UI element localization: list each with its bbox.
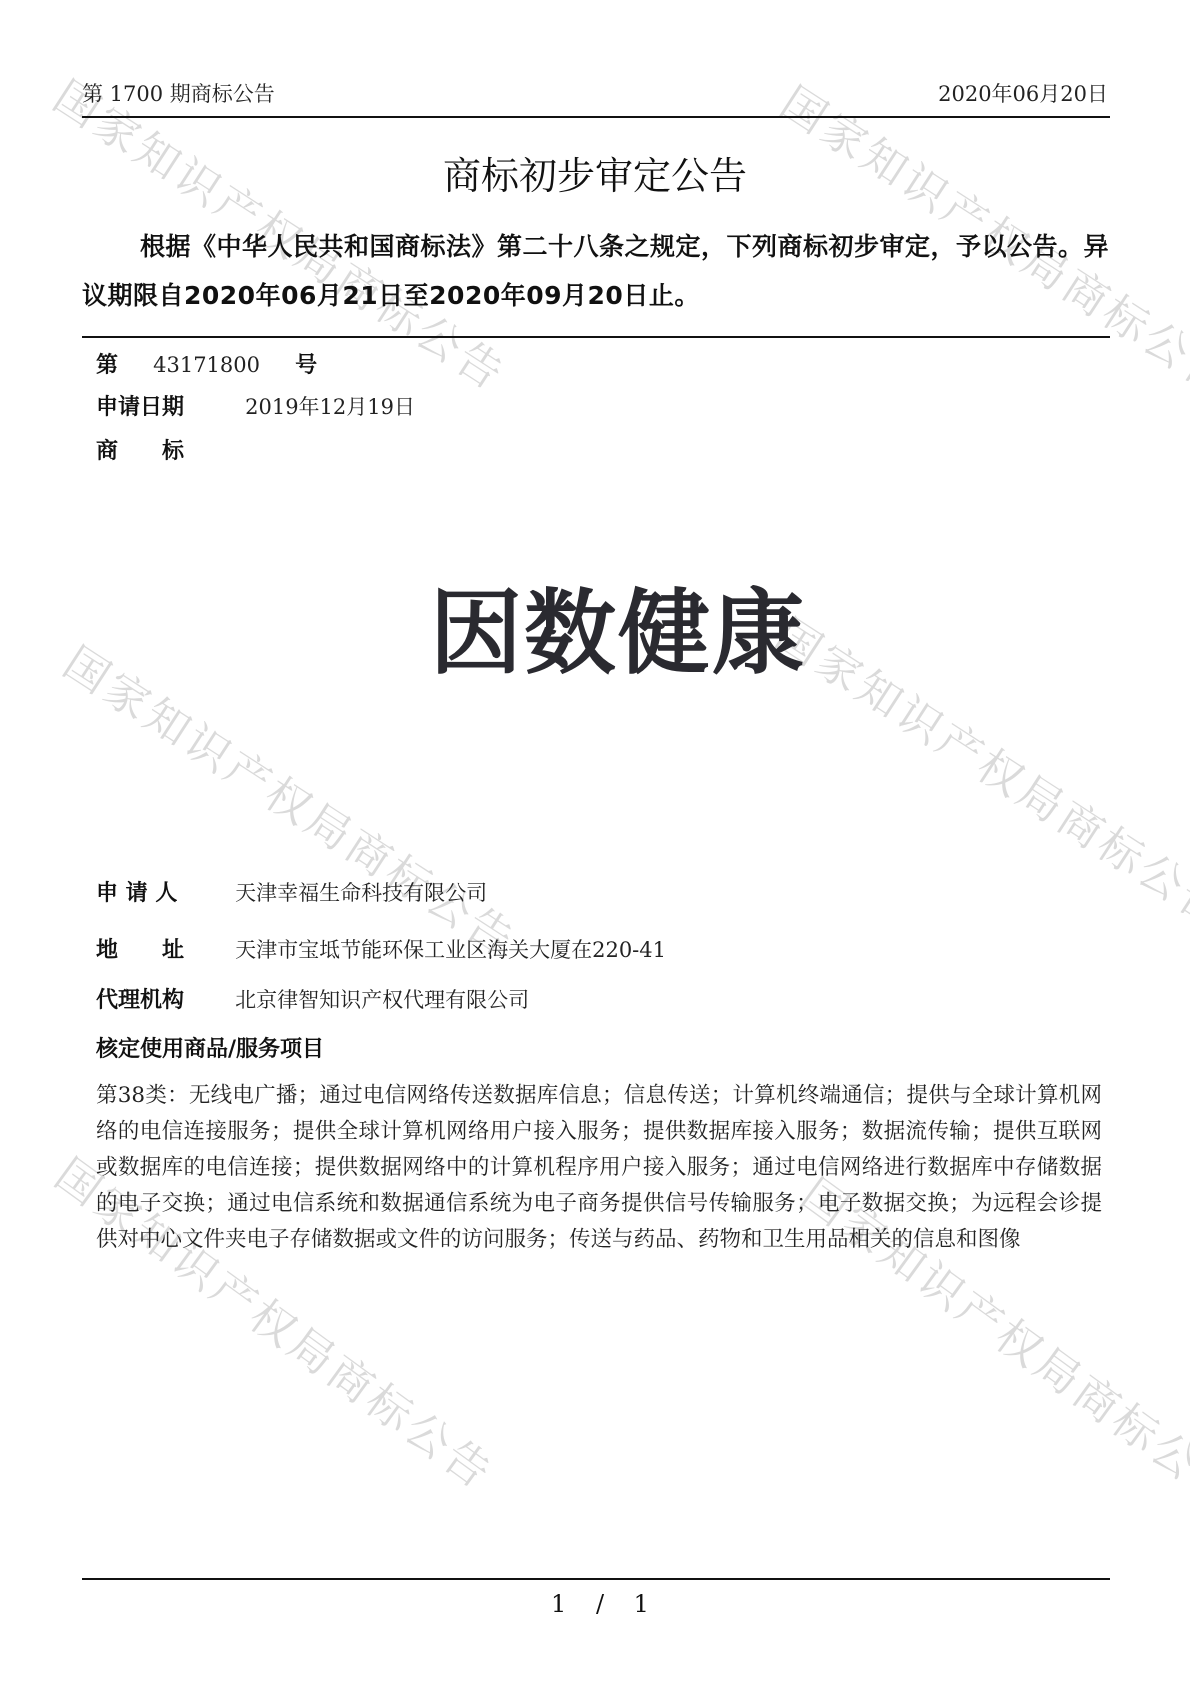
applicant-label: 申 请 人: [96, 876, 230, 907]
agency-label: 代理机构: [96, 983, 230, 1014]
mark-label-row: 商 标: [96, 434, 184, 465]
agency-row: 代理机构 北京律智知识产权代理有限公司: [96, 983, 529, 1014]
address-value: 天津市宝坻节能环保工业区海关大厦在220-41: [235, 938, 666, 962]
section-divider: [82, 336, 1110, 338]
header-divider: [82, 116, 1110, 118]
page-number: 1 / 1: [0, 1590, 1190, 1618]
registration-number: 43171800: [153, 353, 260, 377]
applicant-row: 申 请 人 天津幸福生命科技有限公司: [96, 876, 487, 907]
page-title: 商标初步审定公告: [0, 145, 1190, 200]
applicant-name: 天津幸福生命科技有限公司: [235, 881, 487, 905]
goods-services-list: 第38类：无线电广播；通过电信网络传送数据库信息；信息传送；计算机终端通信；提供…: [96, 1078, 1102, 1258]
goods-label: 核定使用商品/服务项目: [96, 1037, 324, 1062]
address-row: 地 址 天津市宝坻节能环保工业区海关大厦在220-41: [96, 933, 666, 964]
issue-number: 第 1700 期商标公告: [82, 78, 275, 108]
filing-date-row: 申请日期 2019年12月19日: [96, 390, 415, 421]
address-label: 地 址: [96, 933, 230, 964]
intro-paragraph: 根据《中华人民共和国商标法》第二十八条之规定，下列商标初步审定，予以公告。异议期…: [82, 222, 1112, 320]
trademark-mark: 因数健康: [0, 560, 1190, 692]
filing-date: 2019年12月19日: [245, 395, 415, 419]
filing-date-label: 申请日期: [96, 395, 184, 420]
number-prefix-label: 第: [96, 353, 118, 378]
registration-number-row: 第 43171800 号: [96, 348, 317, 379]
footer-divider: [82, 1578, 1110, 1580]
number-suffix-label: 号: [295, 353, 317, 378]
goods-label-row: 核定使用商品/服务项目: [96, 1032, 324, 1063]
agency-name: 北京律智知识产权代理有限公司: [235, 988, 529, 1012]
publication-date: 2020年06月20日: [938, 78, 1108, 108]
mark-label: 商 标: [96, 439, 184, 464]
